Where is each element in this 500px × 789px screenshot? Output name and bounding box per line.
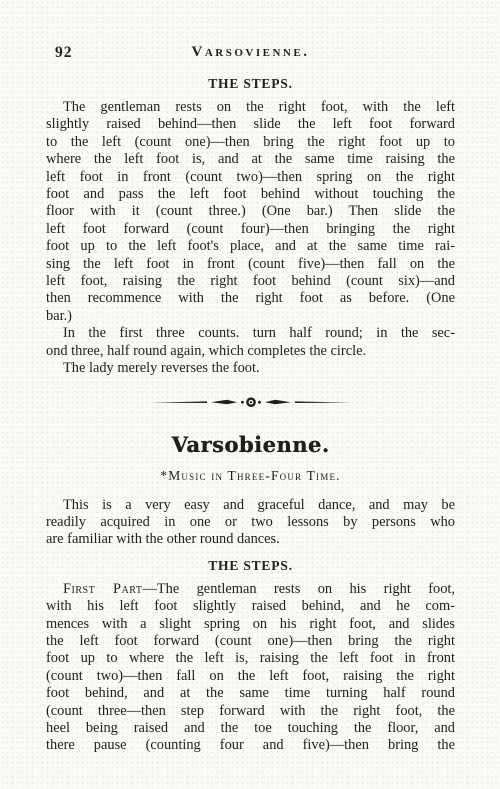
text-line: slightly raised behind—then slide the le… [46,116,455,133]
text-line: are familiar with the other round dances… [46,531,455,548]
text-line: ond three, half round again, which compl… [46,343,455,360]
paragraph-varsobienne-first-part: First Part—The gentleman rests on his ri… [46,581,455,755]
text-line: to the left (count one)—then bring the r… [46,134,455,151]
text-line: bar.) [46,308,455,325]
page-number: 92 [55,44,73,62]
text-line: This is a very easy and graceful dance, … [46,497,455,514]
text-line: sing the left foot in front (count five)… [46,256,455,273]
text-line: the left foot forward (count one)—then b… [46,633,455,650]
chapter-title-varsobienne: Varsobienne. [46,432,455,457]
music-time-subtitle: *Music in Three-Four Time. [46,468,455,484]
text-line: The lady merely reverses the foot. [46,360,455,377]
ornamental-divider-icon [151,395,351,409]
text-line: foot up to where the left is, raising th… [46,650,455,667]
text-line: with his left foot slightly raised behin… [46,598,455,615]
text-line: The gentleman rests on the right foot, w… [46,99,455,116]
text-line: (count three—then step forward with the … [46,703,455,720]
text-line: left foot in front (count two)—then spri… [46,169,455,186]
text-line: In the first three counts. turn half rou… [46,325,455,342]
text-line: where the left foot is, and at the same … [46,151,455,168]
paragraph-varsovienne-lady: The lady merely reverses the foot. [46,360,455,377]
paragraph-varsovienne-steps: The gentleman rests on the right foot, w… [46,99,455,325]
text-line: heel being raised and the toe touching t… [46,720,455,737]
section-heading-the-steps-2: THE STEPS. [46,558,455,574]
text-line: foot behind, and at the same time turnin… [46,685,455,702]
section-heading-the-steps-1: THE STEPS. [46,76,455,92]
text-line: mences with a slight spring on his right… [46,616,455,633]
book-page: 92 Varsovienne. THE STEPS. The gentleman… [0,0,500,789]
text-line: left foot forward (count four)—then brin… [46,221,455,238]
text-line: there pause (counting four and five)—the… [46,737,455,754]
text-line: then recommence with the right foot as b… [46,290,455,307]
text-line: left foot, raising the right foot behind… [46,273,455,290]
text-line: First Part—The gentleman rests on his ri… [46,581,455,598]
text-line: (count two)—then fall on the left foot, … [46,668,455,685]
text-line: floor with it (count three.) (One bar.) … [46,203,455,220]
paragraph-varsobienne-intro: This is a very easy and graceful dance, … [46,497,455,549]
paragraph-varsovienne-turns: In the first three counts. turn half rou… [46,325,455,360]
page-header: 92 Varsovienne. [46,44,455,63]
running-title: Varsovienne. [46,44,455,61]
text-line: foot up to the left foot's place, and at… [46,238,455,255]
small-caps-lead: First Part [63,581,142,597]
text-line: foot and pass the left foot behind witho… [46,186,455,203]
text-line: readily acquired in one or two lessons b… [46,514,455,531]
